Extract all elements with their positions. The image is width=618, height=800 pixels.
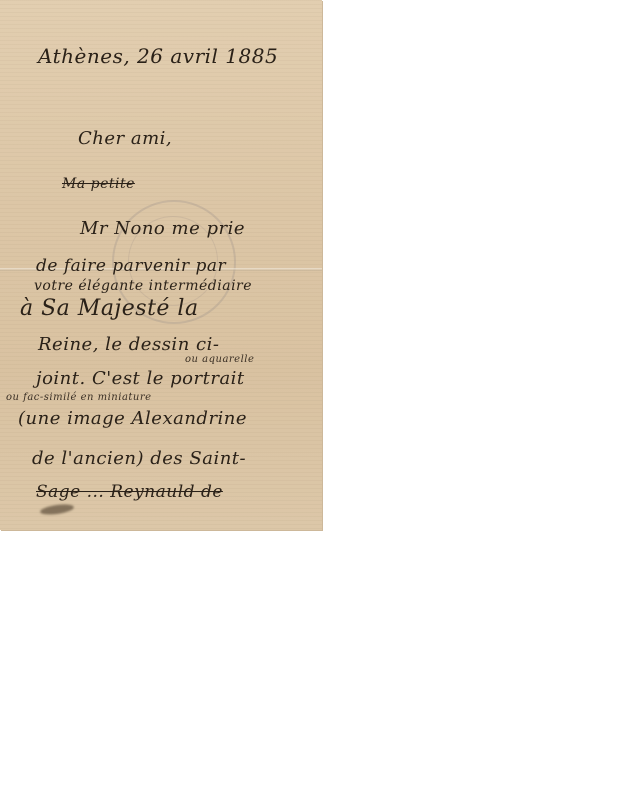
ink-blot <box>40 503 75 517</box>
letter-line-2: Mr Nono me prie <box>80 218 245 239</box>
letter-line-4: votre élégante intermédiaire <box>34 278 252 294</box>
letter-line-5: à Sa Majesté la <box>20 296 199 321</box>
letter-line-1: Ma petite <box>62 176 135 192</box>
salutation: Cher ami, <box>78 128 172 149</box>
dateline: Athènes, 26 avril 1885 <box>38 44 278 68</box>
letter-line-3: de faire parvenir par <box>36 256 226 276</box>
letter-line-7: joint. C'est le portrait <box>36 368 245 389</box>
letter-line-8: (une image Alexandrine <box>18 408 247 429</box>
letter-line-10: Sage ... Reynauld de <box>36 482 223 502</box>
letter-insertion-2: ou fac-similé en miniature <box>6 392 152 403</box>
letter-page: Athènes, 26 avril 1885 Cher ami, Ma peti… <box>0 0 322 530</box>
letter-line-6: Reine, le dessin ci- <box>38 334 219 355</box>
letter-line-9: de l'ancien) des Saint- <box>32 448 246 469</box>
letter-insertion-1: ou aquarelle <box>185 354 254 365</box>
